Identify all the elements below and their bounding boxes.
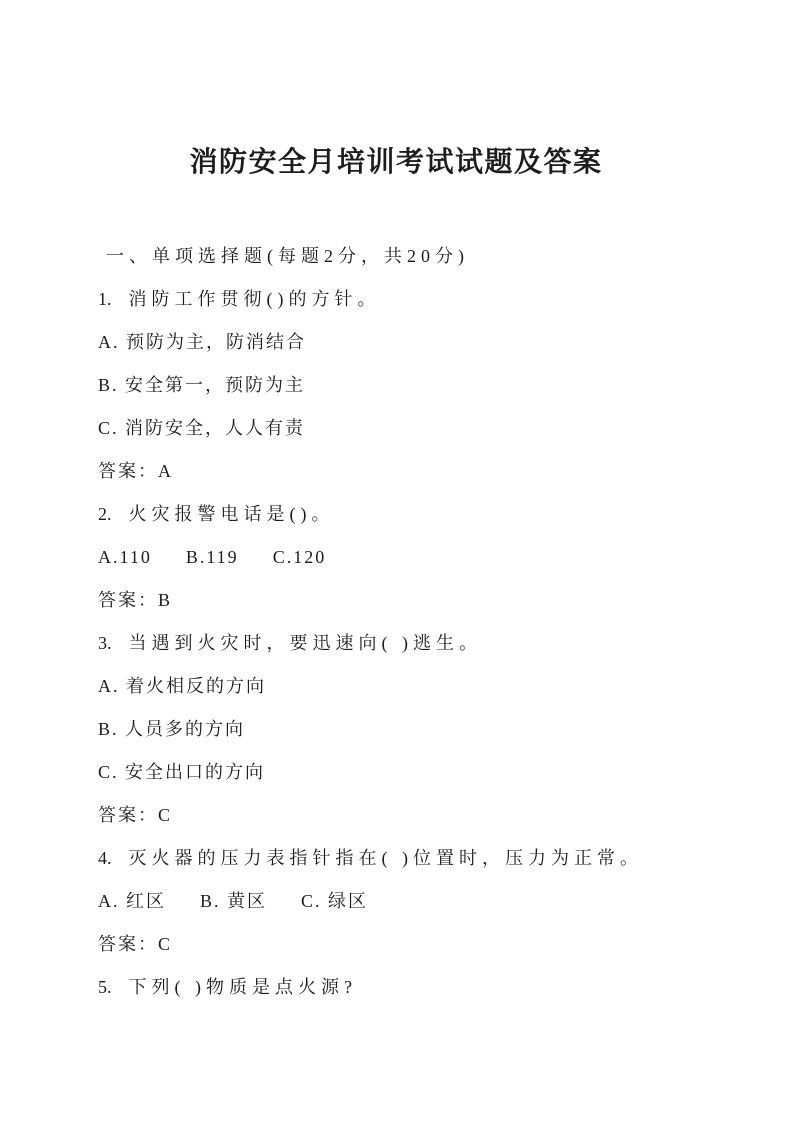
question-2-text: 火灾报警电话是()。 [129, 504, 335, 524]
question-3-text: 当遇到火灾时，要迅速向( )逃生。 [129, 633, 483, 653]
question-2-options: A.110 B.119 C.120 [98, 536, 712, 579]
question-3-option-c: C. 安全出口的方向 [98, 751, 712, 794]
question-4-option-c: C. 绿区 [301, 880, 368, 923]
question-4-number: 4. [98, 837, 112, 880]
question-2-option-c: C.120 [273, 536, 327, 579]
question-4-text: 灭火器的压力表指针指在( )位置时，压力为正常。 [129, 848, 644, 868]
document-page: 消防安全月培训考试试题及答案 一、单项选择题(每题2分，共20分) 1.消防工作… [0, 0, 792, 1122]
question-1: 1.消防工作贯彻()的方针。 [98, 278, 712, 321]
document-title: 消防安全月培训考试试题及答案 [0, 0, 792, 180]
question-1-option-c: C. 消防安全，人人有责 [98, 407, 712, 450]
section-heading: 一、单项选择题(每题2分，共20分) [98, 235, 712, 278]
question-2-option-b: B.119 [186, 536, 239, 579]
question-4-option-a: A. 红区 [98, 880, 166, 923]
question-4: 4.灭火器的压力表指针指在( )位置时，压力为正常。 [98, 837, 712, 880]
question-2-answer: 答案：B [98, 579, 712, 622]
question-2: 2.火灾报警电话是()。 [98, 493, 712, 536]
question-5-text: 下列( )物质是点火源? [129, 977, 357, 997]
question-1-answer: 答案：A [98, 450, 712, 493]
document-body: 一、单项选择题(每题2分，共20分) 1.消防工作贯彻()的方针。 A. 预防为… [98, 235, 712, 1009]
question-3: 3.当遇到火灾时，要迅速向( )逃生。 [98, 622, 712, 665]
question-1-number: 1. [98, 278, 112, 321]
question-2-number: 2. [98, 493, 112, 536]
question-4-option-b: B. 黄区 [200, 880, 267, 923]
question-3-option-b: B. 人员多的方向 [98, 708, 712, 751]
question-1-option-b: B. 安全第一，预防为主 [98, 364, 712, 407]
question-1-text: 消防工作贯彻()的方针。 [129, 289, 381, 309]
question-3-answer: 答案：C [98, 794, 712, 837]
question-5: 5.下列( )物质是点火源? [98, 966, 712, 1009]
question-4-options: A. 红区 B. 黄区 C. 绿区 [98, 880, 712, 923]
question-5-number: 5. [98, 966, 112, 1009]
question-2-option-a: A.110 [98, 536, 152, 579]
question-3-number: 3. [98, 622, 112, 665]
question-4-answer: 答案：C [98, 923, 712, 966]
question-1-option-a: A. 预防为主，防消结合 [98, 321, 712, 364]
question-3-option-a: A. 着火相反的方向 [98, 665, 712, 708]
